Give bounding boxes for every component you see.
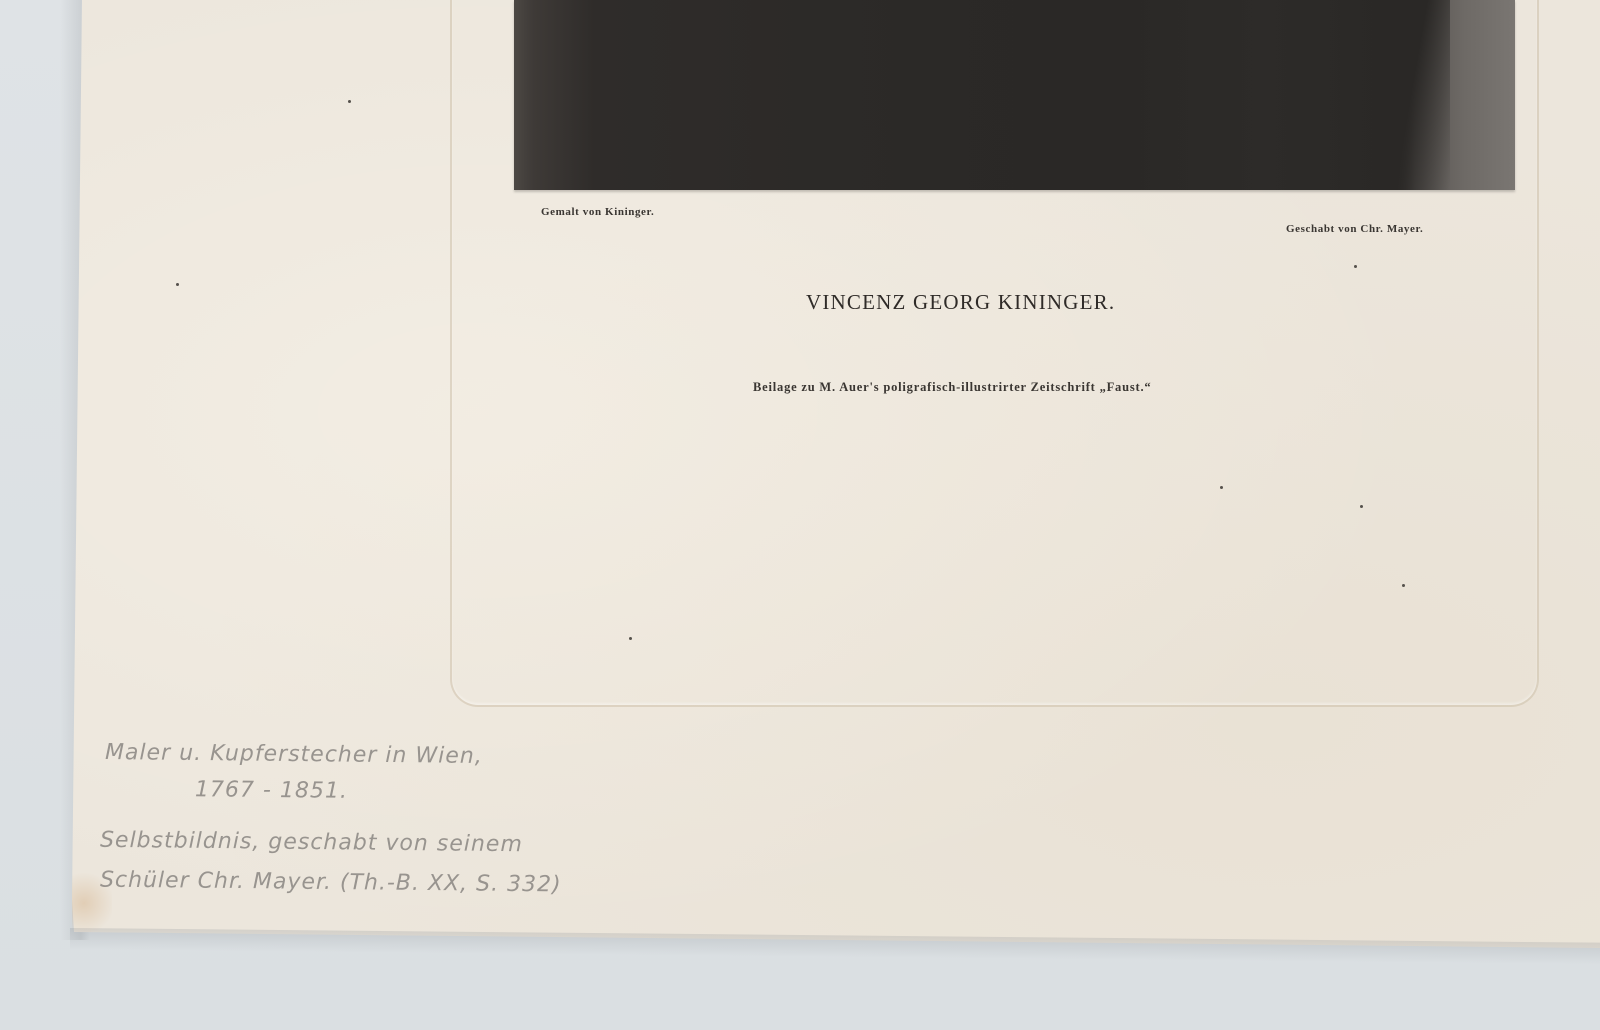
portrait-title: VINCENZ GEORG KININGER.	[806, 290, 1115, 315]
engraver-credit: Geschabt von Chr. Mayer.	[1286, 223, 1423, 235]
paper-speck	[1360, 505, 1363, 508]
paper-speck	[1220, 486, 1223, 489]
handwritten-note-line-2: 1767 - 1851.	[195, 777, 348, 804]
mezzotint-portrait-image	[514, 0, 1515, 190]
portrait-coat-shading	[1390, 0, 1450, 190]
paper-speck	[1402, 584, 1405, 587]
paper-speck	[1354, 265, 1357, 268]
paper-speck	[176, 283, 179, 286]
handwritten-note-line-4: Schüler Chr. Mayer. (Th.-B. XX, S. 332)	[100, 868, 562, 898]
publication-note: Beilage zu M. Auer's poligrafisch-illust…	[753, 380, 1151, 395]
handwritten-note-line-3: Selbstbildnis, geschabt von seinem	[100, 828, 523, 857]
handwritten-note-line-1: Maler u. Kupferstecher in Wien,	[105, 740, 483, 769]
paper-speck	[629, 637, 632, 640]
paper-speck	[348, 100, 351, 103]
painter-credit: Gemalt von Kininger.	[541, 206, 654, 218]
